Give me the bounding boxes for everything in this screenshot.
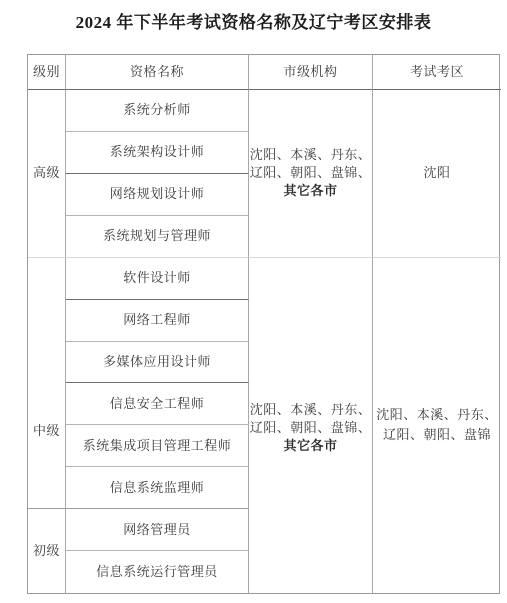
qualification-cell: 系统架构设计师 [66, 132, 249, 174]
header-exam-area: 考试考区 [373, 55, 501, 90]
exam-arrangement-table: 级别 资格名称 市级机构 考试考区 高级 中级 初级 系统分析师 系统架构设计师… [27, 54, 500, 594]
qualification-cell: 网络规划设计师 [66, 174, 249, 216]
city-org-cell: 沈阳、本溪、丹东、 辽阳、朝阳、盘锦、 其它各市 [249, 90, 373, 258]
qualification-cell: 信息安全工程师 [66, 383, 249, 425]
qualification-cell: 软件设计师 [66, 258, 249, 300]
city-org-line: 辽阳、朝阳、盘锦、 [250, 164, 372, 182]
qualification-cell: 多媒体应用设计师 [66, 342, 249, 384]
city-org-cell: 沈阳、本溪、丹东、 辽阳、朝阳、盘锦、 其它各市 [249, 258, 373, 593]
exam-area-line: 沈阳 [423, 164, 450, 182]
page-title: 2024 年下半年考试资格名称及辽宁考区安排表 [0, 8, 507, 33]
city-org-line: 沈阳、本溪、丹东、 [250, 146, 372, 164]
level-cell-junior: 初级 [28, 509, 66, 593]
qualification-cell: 信息系统监理师 [66, 467, 249, 509]
exam-area-line: 辽阳、朝阳、盘锦 [383, 425, 491, 445]
qualification-cell: 网络管理员 [66, 509, 249, 551]
city-org-line: 其它各市 [283, 437, 337, 455]
level-cell-intermediate: 中级 [28, 258, 66, 510]
header-city-org: 市级机构 [249, 55, 373, 90]
exam-area-line: 沈阳、本溪、丹东、 [376, 405, 498, 425]
exam-area-cell: 沈阳 [373, 90, 501, 258]
qualification-cell: 信息系统运行管理员 [66, 551, 249, 593]
qualification-cell: 系统规划与管理师 [66, 216, 249, 258]
exam-area-cell: 沈阳、本溪、丹东、 辽阳、朝阳、盘锦 [373, 258, 501, 593]
qualification-cell: 系统分析师 [66, 90, 249, 132]
level-cell-advanced: 高级 [28, 90, 66, 258]
header-level: 级别 [28, 55, 66, 90]
qualification-cell: 系统集成项目管理工程师 [66, 425, 249, 467]
city-org-line: 其它各市 [283, 182, 337, 200]
qualification-cell: 网络工程师 [66, 300, 249, 342]
city-org-line: 辽阳、朝阳、盘锦、 [250, 419, 372, 437]
header-qualification: 资格名称 [66, 55, 249, 90]
city-org-line: 沈阳、本溪、丹东、 [250, 401, 372, 419]
